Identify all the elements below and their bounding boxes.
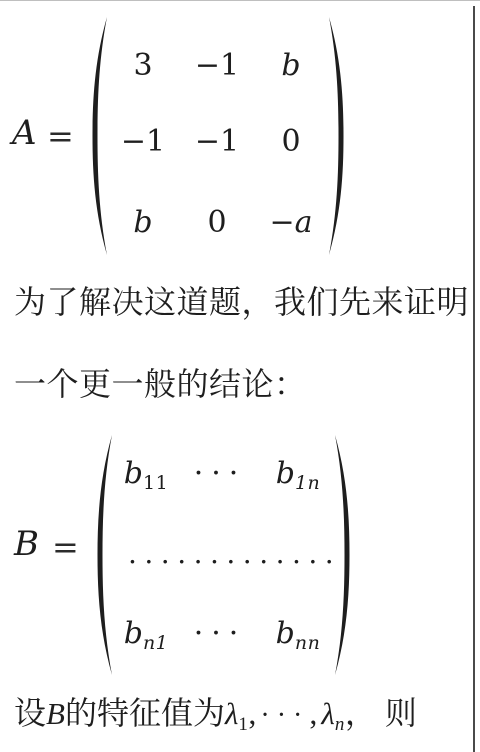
- matrix-b-cell-r1c1-subscript: 11: [143, 472, 168, 494]
- closing-cjk-comma: ，: [345, 695, 377, 731]
- matrix-b-equals-sign: =: [52, 531, 79, 563]
- matrix-a-cell-r1c3: b: [243, 51, 339, 81]
- matrix-a-label: A: [12, 116, 37, 150]
- paragraph-line-2: 一个更一般的结论：: [14, 366, 307, 403]
- paragraph-line-1: 为了解决这道题，我们先来证明: [14, 284, 469, 321]
- matrix-b-cell-r1c3: b1n: [250, 459, 346, 493]
- closing-cjk-prefix: 设: [14, 695, 46, 731]
- lambda-1-subscript: 1: [238, 714, 248, 735]
- comma-1: ,: [248, 695, 256, 731]
- matrix-b-cell-r3c3-base: b: [276, 616, 295, 651]
- matrix-b-cell-r1c1-base: b: [124, 456, 143, 491]
- math-document-page: A = 3 −1 b −1 −1 0 b 0 −a 为了解决这道题，我们先来证明…: [0, 0, 480, 752]
- matrix-b-cell-r1c3-base: b: [276, 456, 295, 491]
- top-edge-line: [0, 0, 480, 1]
- matrix-b-cell-r1c3-subscript: 1n: [295, 472, 320, 494]
- comma-2: ,: [309, 695, 317, 731]
- matrix-b-dotted-row: .............: [128, 540, 341, 568]
- cdots-symbol: ···: [260, 700, 309, 731]
- closing-statement-line: 设B的特征值为λ1,···,λn，则: [14, 694, 417, 737]
- closing-math-b: B: [46, 696, 65, 731]
- matrix-b-label: B: [14, 527, 39, 561]
- matrix-a-cell-r3c3: −a: [243, 208, 339, 238]
- closing-cjk-mid: 的特征值为: [65, 695, 225, 731]
- closing-cjk-then: 则: [385, 695, 417, 731]
- lambda-n-subscript: n: [335, 714, 345, 735]
- matrix-a-cell-r2c3: 0: [243, 127, 339, 157]
- matrix-a-equals-sign: =: [47, 120, 74, 152]
- matrix-b-cell-r3c3: bnn: [250, 619, 346, 653]
- matrix-b-cell-r3c1-subscript: n1: [143, 632, 168, 654]
- lambda-1-symbol: λ: [225, 696, 238, 731]
- lambda-n-symbol: λ: [321, 696, 334, 731]
- matrix-b-cell-r3c3-subscript: nn: [295, 632, 320, 654]
- right-edge-line: [473, 6, 475, 752]
- matrix-b-cell-r3c1-base: b: [124, 616, 143, 651]
